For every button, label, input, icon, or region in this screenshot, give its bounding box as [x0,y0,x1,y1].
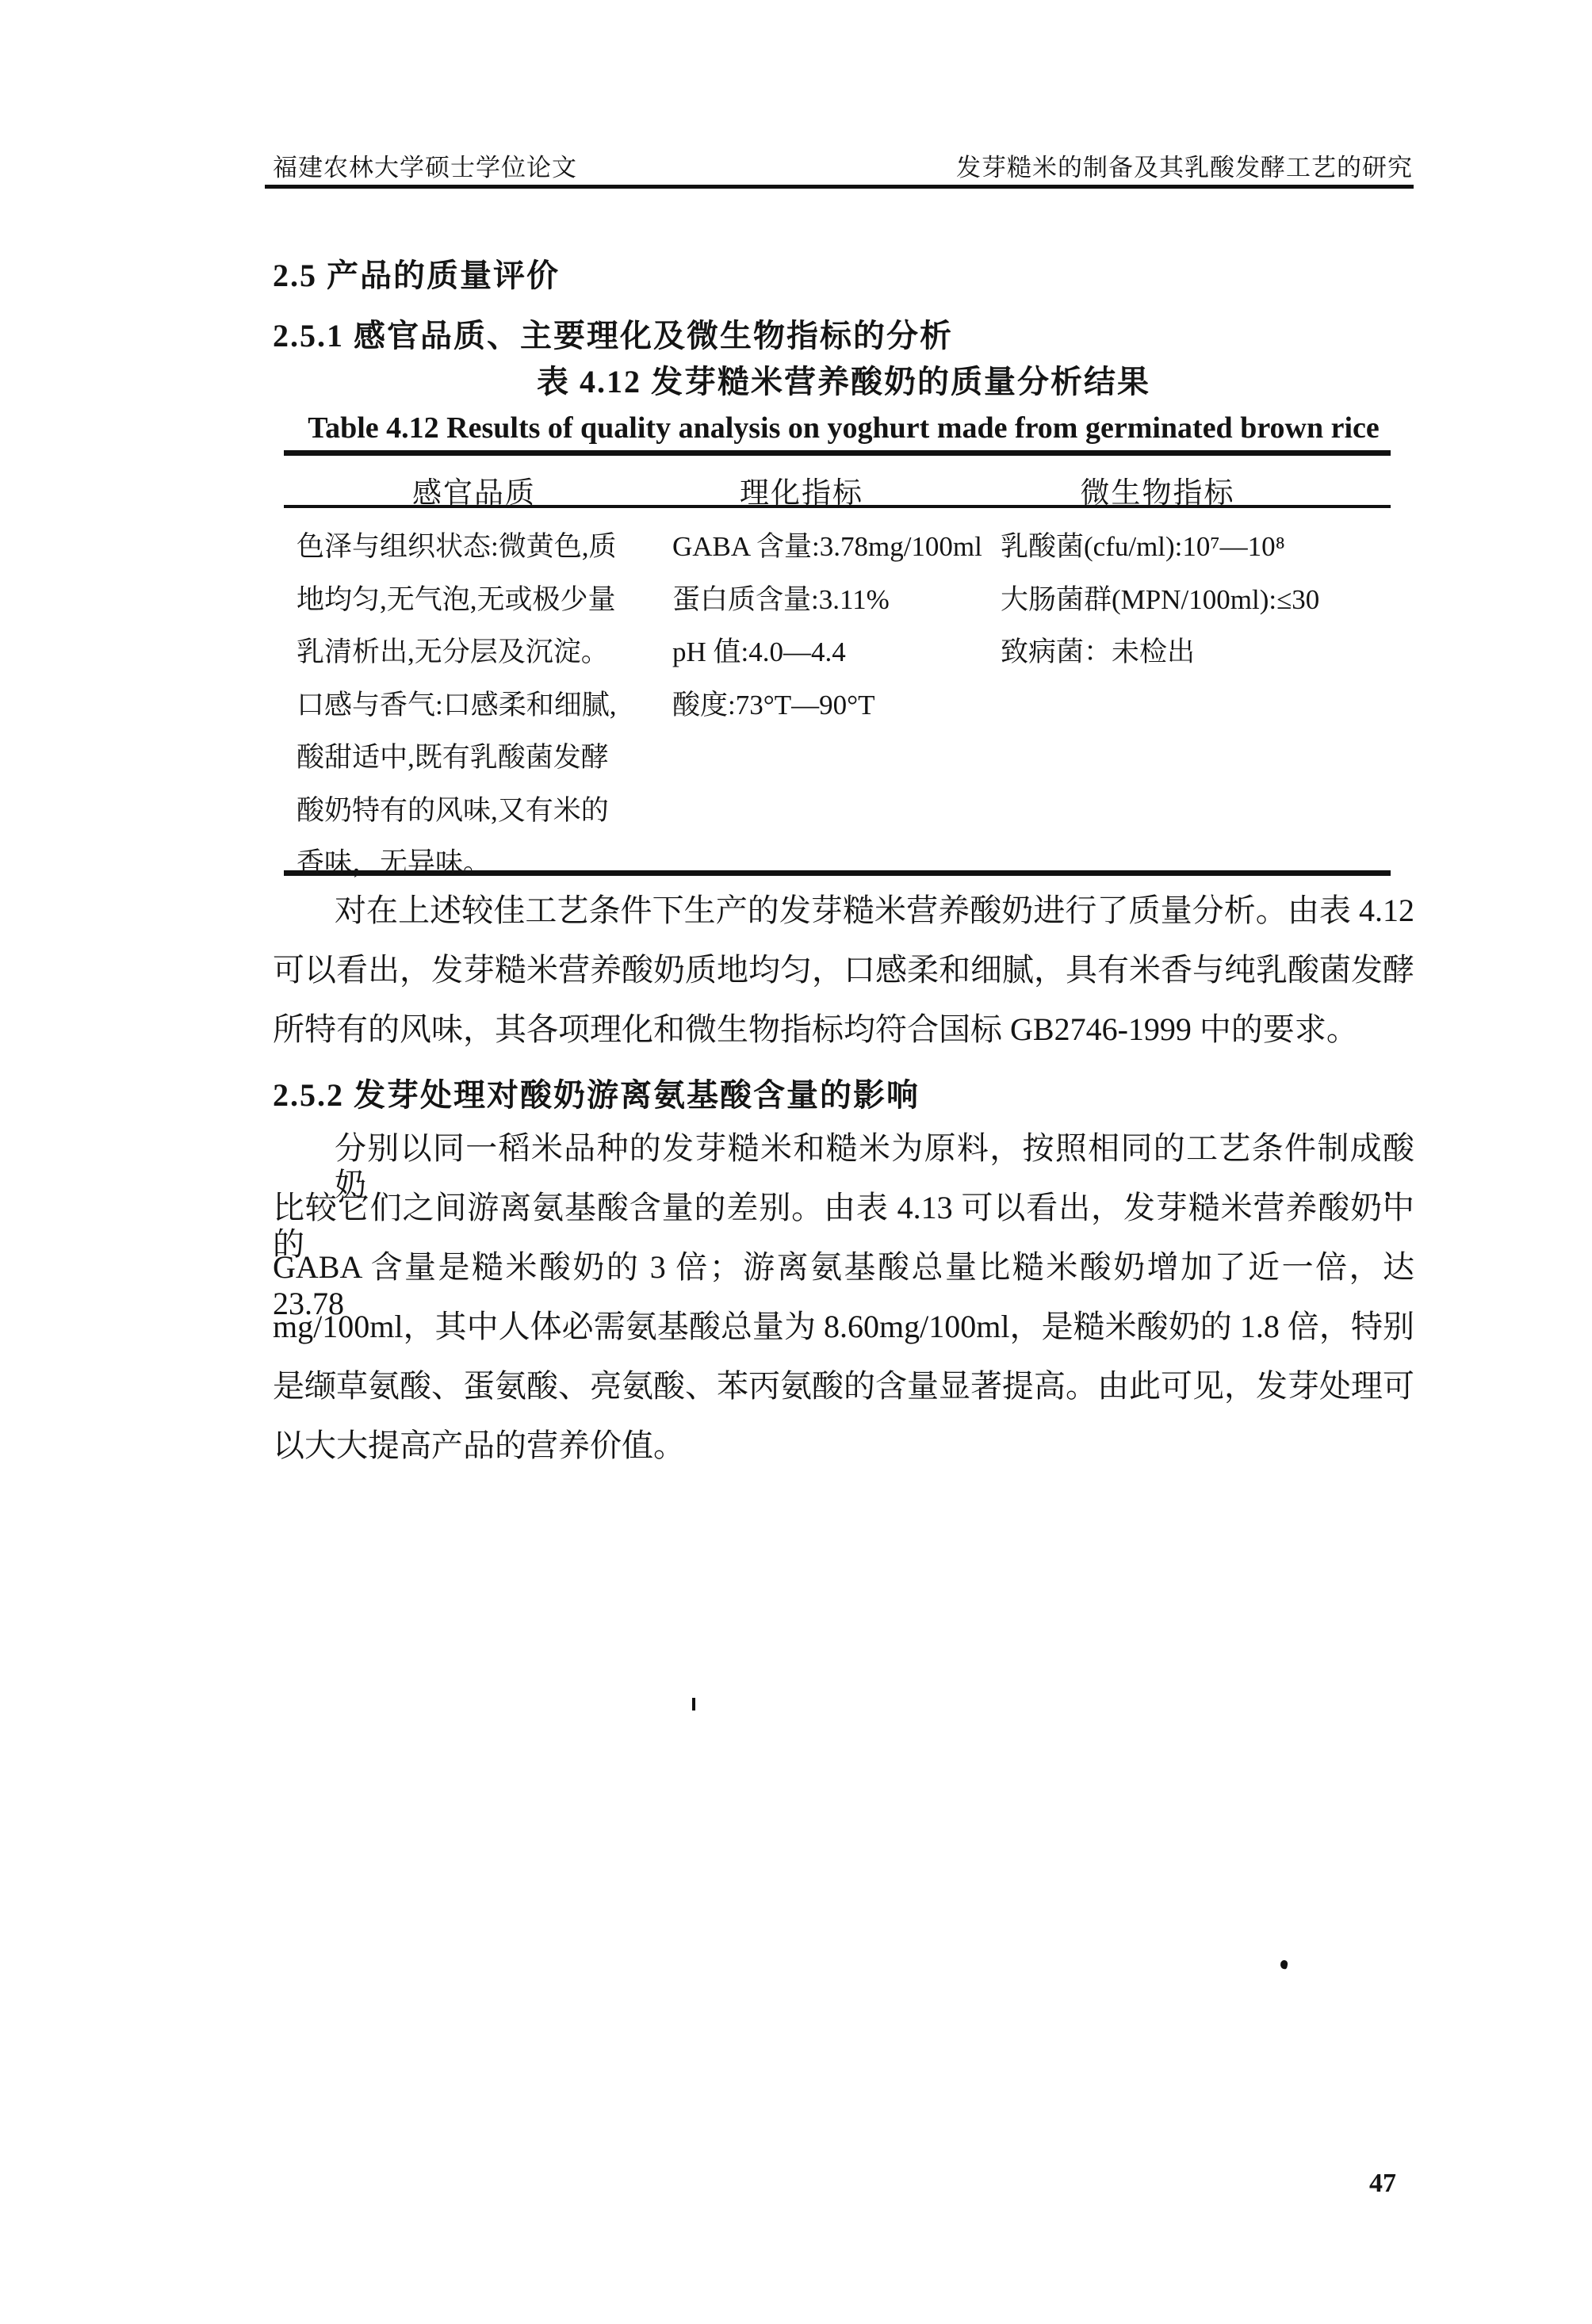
running-head-left: 福建农林大学硕士学位论文 [273,147,577,183]
micro-line: 乳酸菌(cfu/ml):10⁷—10⁸ [1001,521,1319,574]
table-caption-en: Table 4.12 Results of quality analysis o… [273,411,1414,445]
sensory-line: 乳清析出,无分层及沉淀。 [297,626,616,679]
sensory-line: 酸奶特有的风味,又有米的 [297,785,616,838]
physchem-line: 酸度:73°T—90°T [672,679,982,732]
ink-speck [1280,1959,1288,1970]
physchem-line: pH 值:4.0—4.4 [672,626,982,679]
paragraph-line: 以大大提高产品的营养价值。 [273,1428,1414,1464]
paragraph-line: 对在上述较佳工艺条件下生产的发芽糙米营养酸奶进行了质量分析。由表 4.12 [273,893,1414,929]
sensory-line: 地均匀,无气泡,无或极少量 [297,574,616,627]
thesis-page: 福建农林大学硕士学位论文 发芽糙米的制备及其乳酸发酵工艺的研究 2.5 产品的质… [0,0,1592,2324]
micro-column: 乳酸菌(cfu/ml):10⁷—10⁸ 大肠菌群(MPN/100ml):≤30 … [1001,521,1319,679]
section-heading-2-5-1: 2.5.1 感官品质、主要理化及微生物指标的分析 [273,311,953,356]
sensory-line: 香味，无异味。 [297,837,616,890]
sensory-line: 口感与香气:口感柔和细腻, [297,679,616,732]
table-header-rule [284,505,1391,508]
running-head-right: 发芽糙米的制备及其乳酸发酵工艺的研究 [956,147,1413,183]
physchem-column: GABA 含量:3.78mg/100ml 蛋白质含量:3.11% pH 值:4.… [672,521,982,732]
section-heading-2-5-2: 2.5.2 发芽处理对酸奶游离氨基酸含量的影响 [273,1070,920,1115]
ink-speck [692,1698,695,1711]
physchem-line: 蛋白质含量:3.11% [672,574,982,627]
section-heading-2-5: 2.5 产品的质量评价 [273,250,560,296]
sensory-column: 色泽与组织状态:微黄色,质 地均匀,无气泡,无或极少量 乳清析出,无分层及沉淀。… [297,521,616,890]
micro-line: 致病菌：未检出 [1001,626,1319,679]
header-rule [265,185,1414,189]
paragraph-line: 可以看出，发芽糙米营养酸奶质地均匀，口感柔和细腻，具有米香与纯乳酸菌发酵 [273,952,1414,988]
physchem-line: GABA 含量:3.78mg/100ml [672,521,982,574]
paragraph-line: 是缬草氨酸、蛋氨酸、亮氨酸、苯丙氨酸的含量显著提高。由此可见，发芽处理可 [273,1368,1414,1405]
page-number: 47 [1369,2169,1396,2199]
table-caption-zh: 表 4.12 发芽糙米营养酸奶的质量分析结果 [273,357,1414,402]
paragraph-line: 所特有的风味，其各项理化和微生物指标均符合国标 GB2746-1999 中的要求… [273,1011,1414,1048]
micro-line: 大肠菌群(MPN/100ml):≤30 [1001,574,1319,627]
paragraph-line: mg/100ml，其中人体必需氨基酸总量为 8.60mg/100ml，是糙米酸奶… [273,1309,1414,1345]
sensory-line: 酸甜适中,既有乳酸菌发酵 [297,732,616,785]
quality-table: 感官品质 理化指标 微生物指标 色泽与组织状态:微黄色,质 地均匀,无气泡,无或… [284,450,1391,876]
sensory-line: 色泽与组织状态:微黄色,质 [297,521,616,574]
